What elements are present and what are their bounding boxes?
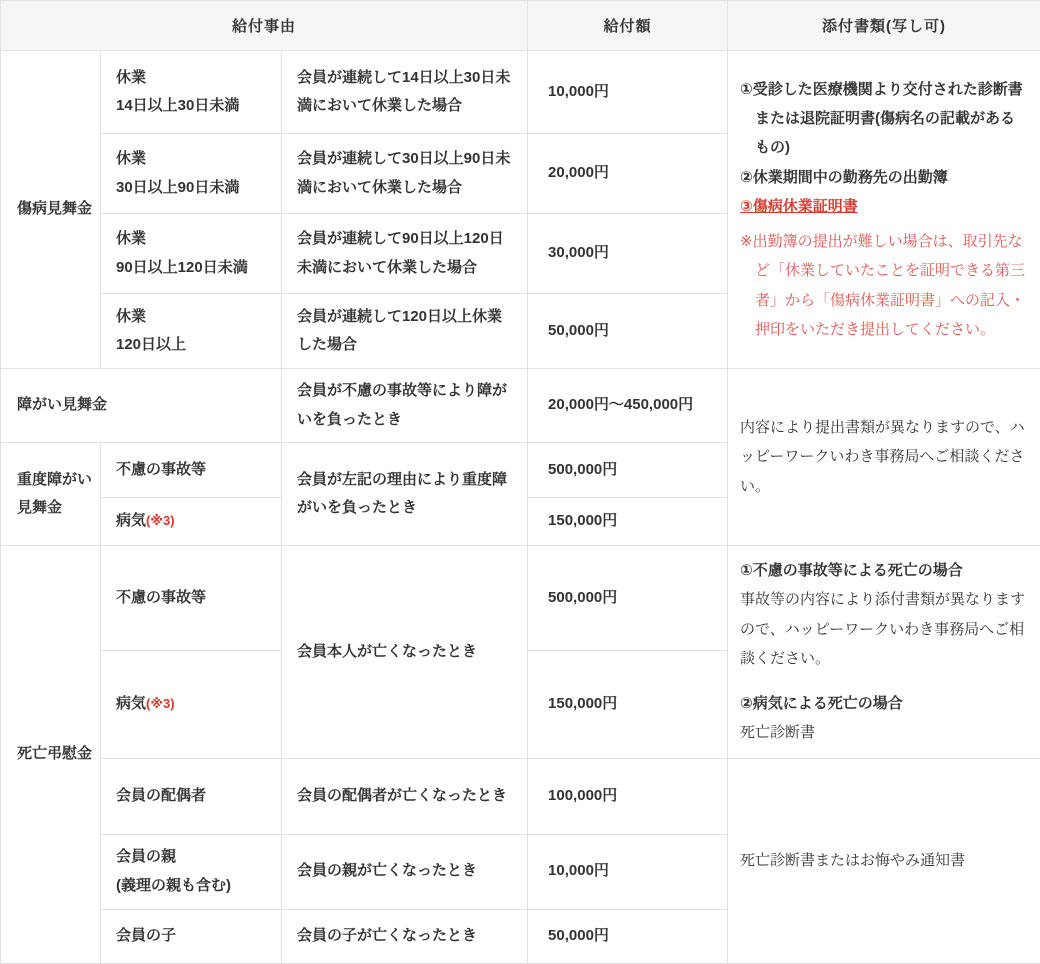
doc-item-2: ②休業期間中の勤務先の出勤簿 (740, 163, 1028, 192)
desc-cell: 会員本人が亡くなったとき (282, 546, 528, 759)
amount-cell: 50,000円 (528, 294, 728, 369)
table-row: 傷病見舞金 休業 14日以上30日未満 会員が連続して14日以上30日未満におい… (1, 51, 1040, 134)
desc-cell: 会員が連続して30日以上90日未満において休業した場合 (282, 134, 528, 214)
sub-line2: (義理の親も含む) (116, 872, 266, 901)
sub-line2: 120日以上 (116, 331, 266, 360)
benefit-table: 給付事由 給付額 添付書類(写し可) 傷病見舞金 休業 14日以上30日未満 会… (0, 0, 1040, 964)
category-cell-judo: 重度障がい見舞金 (1, 443, 101, 546)
header-amount: 給付額 (528, 1, 728, 51)
amount-cell: 10,000円 (528, 834, 728, 909)
documents-cell-shobyo: ①受診した医療機関より交付された診断書または退院証明書(傷病名の記載があるもの)… (728, 51, 1040, 369)
doc-heading-1: ①不慮の事故等による死亡の場合 (740, 556, 1028, 585)
sub-line2: 90日以上120日未満 (116, 254, 266, 283)
doc-text: 内容により提出書類が異なりますので、ハッピーワークいわき事務局へご相談ください。 (740, 413, 1028, 501)
table-row: 死亡弔慰金 不慮の事故等 会員本人が亡くなったとき 500,000円 ①不慮の事… (1, 546, 1040, 651)
documents-cell-shogai: 内容により提出書類が異なりますので、ハッピーワークいわき事務局へご相談ください。 (728, 369, 1040, 546)
amount-cell: 500,000円 (528, 546, 728, 651)
sub-cell: 会員の配偶者 (101, 758, 282, 834)
sub-label: 不慮の事故等 (116, 461, 206, 478)
amount-cell: 50,000円 (528, 909, 728, 963)
table-row: 障がい見舞金 会員が不慮の事故等により障がいを負ったとき 20,000円～450… (1, 369, 1040, 443)
shobyo-certificate-link[interactable]: ③傷病休業証明書 (740, 198, 858, 215)
sub-line1: 会員の配偶者 (116, 782, 266, 811)
sub-label: 不慮の事故等 (116, 589, 206, 606)
desc-cell: 会員が連続して14日以上30日未満において休業した場合 (282, 51, 528, 134)
desc-cell: 会員の子が亡くなったとき (282, 909, 528, 963)
header-documents: 添付書類(写し可) (728, 1, 1040, 51)
sub-line1: 休業 (116, 225, 266, 254)
sub-cell: 会員の親 (義理の親も含む) (101, 834, 282, 909)
desc-cell: 会員が左記の理由により重度障がいを負ったとき (282, 443, 528, 546)
sub-cell: 休業 90日以上120日未満 (101, 214, 282, 294)
amount-cell: 30,000円 (528, 214, 728, 294)
sub-line1: 休業 (116, 303, 266, 332)
doc-heading-2: ②病気による死亡の場合 (740, 689, 1028, 718)
sub-cell: 病気(※3) (101, 498, 282, 546)
documents-cell-shibo-family: 死亡診断書またはお悔やみ通知書 (728, 758, 1040, 963)
desc-cell: 会員が連続して90日以上120日未満において休業した場合 (282, 214, 528, 294)
ref-mark: (※3) (146, 513, 175, 528)
sub-line1: 休業 (116, 64, 266, 93)
ref-mark: (※3) (146, 696, 175, 711)
amount-cell: 500,000円 (528, 443, 728, 498)
sub-cell: 不慮の事故等 (101, 443, 282, 498)
desc-cell: 会員が不慮の事故等により障がいを負ったとき (282, 369, 528, 443)
sub-cell: 休業 30日以上90日未満 (101, 134, 282, 214)
doc-note: ※出勤簿の提出が難しい場合は、取引先など「休業していたことを証明できる第三者」か… (740, 227, 1028, 344)
sub-line1: 休業 (116, 145, 266, 174)
amount-cell: 20,000円 (528, 134, 728, 214)
category-cell-shobyo: 傷病見舞金 (1, 51, 101, 369)
amount-cell: 100,000円 (528, 758, 728, 834)
sub-line2: 14日以上30日未満 (116, 92, 266, 121)
sub-label: 病気 (116, 512, 146, 529)
desc-cell: 会員の親が亡くなったとき (282, 834, 528, 909)
sub-line1: 会員の子 (116, 922, 266, 951)
doc-body-2: 死亡診断書 (740, 718, 1028, 747)
sub-cell: 休業 120日以上 (101, 294, 282, 369)
doc-text: 死亡診断書またはお悔やみ通知書 (740, 846, 1028, 875)
desc-cell: 会員が連続して120日以上休業した場合 (282, 294, 528, 369)
amount-cell: 150,000円 (528, 651, 728, 758)
amount-cell: 150,000円 (528, 498, 728, 546)
sub-cell: 会員の子 (101, 909, 282, 963)
category-cell-shogai: 障がい見舞金 (1, 369, 282, 443)
sub-cell: 不慮の事故等 (101, 546, 282, 651)
desc-cell: 会員の配偶者が亡くなったとき (282, 758, 528, 834)
header-reason: 給付事由 (1, 1, 528, 51)
sub-line1: 会員の親 (116, 843, 266, 872)
sub-line2: 30日以上90日未満 (116, 174, 266, 203)
doc-item-1: ①受診した医療機関より交付された診断書または退院証明書(傷病名の記載があるもの) (740, 75, 1028, 163)
table-row: 会員の配偶者 会員の配偶者が亡くなったとき 100,000円 死亡診断書またはお… (1, 758, 1040, 834)
amount-cell: 10,000円 (528, 51, 728, 134)
page: 給付事由 給付額 添付書類(写し可) 傷病見舞金 休業 14日以上30日未満 会… (0, 0, 1040, 964)
amount-cell: 20,000円～450,000円 (528, 369, 728, 443)
sub-cell: 休業 14日以上30日未満 (101, 51, 282, 134)
documents-cell-shibo-member: ①不慮の事故等による死亡の場合 事故等の内容により添付書類が異なりますので、ハッ… (728, 546, 1040, 759)
header-row: 給付事由 給付額 添付書類(写し可) (1, 1, 1040, 51)
sub-cell: 病気(※3) (101, 651, 282, 758)
sub-label: 病気 (116, 695, 146, 712)
doc-body-1: 事故等の内容により添付書類が異なりますので、ハッピーワークいわき事務局へご相談く… (740, 585, 1028, 673)
category-cell-shibo: 死亡弔慰金 (1, 546, 101, 964)
